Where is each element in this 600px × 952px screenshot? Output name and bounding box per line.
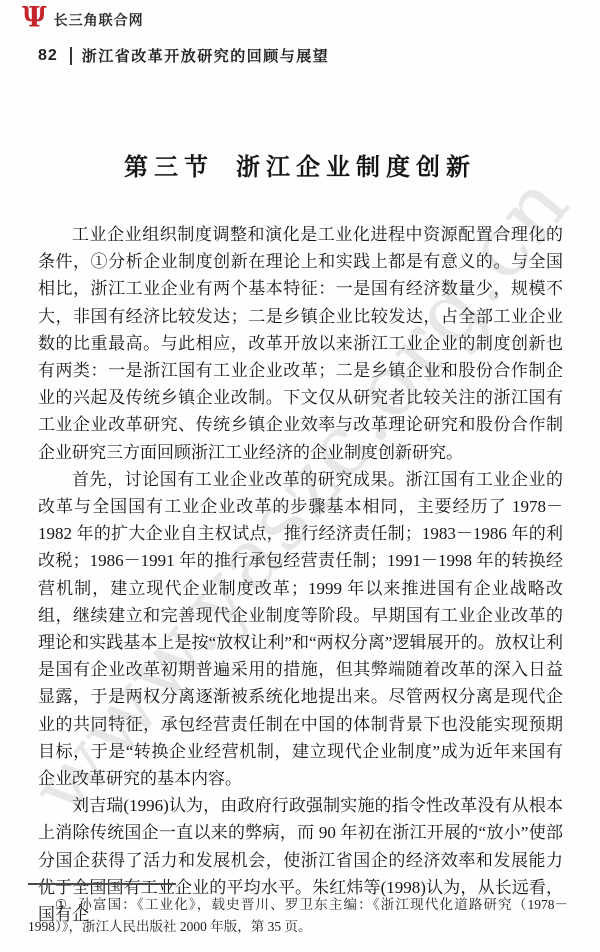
section-label: 第三节	[124, 155, 214, 181]
running-title: 浙江省改革开放研究的回顾与展望	[82, 45, 330, 66]
scanned-book-page: www.yaszc.org.cn Ψ 长三角联合网 82 浙江省改革开放研究的回…	[0, 0, 600, 952]
footnote-block: ①孙富国：《工业化》，载史晋川、罗卫东主编：《浙江现代化道路研究（1978－19…	[28, 883, 568, 938]
footnote-rule	[28, 883, 176, 885]
section-title: 第三节浙江企业制度创新	[0, 147, 600, 182]
paragraph-2: 首先，讨论国有工业企业改革的研究成果。浙江国有工业企业的改革与全国国有工业企业改…	[38, 466, 563, 792]
running-head: 82 浙江省改革开放研究的回顾与展望	[38, 45, 329, 66]
site-name: 长三角联合网	[54, 6, 144, 30]
footnote-marker: ①	[55, 897, 68, 912]
body-text: 工业企业组织制度调整和演化是工业化进程中资源配置合理化的条件，①分析企业制度创新…	[38, 221, 563, 928]
header-divider	[70, 47, 72, 65]
psi-logo-icon: Ψ	[22, 3, 47, 31]
footnote-content: 孙富国：《工业化》，载史晋川、罗卫东主编：《浙江现代化道路研究（1978－199…	[28, 897, 568, 934]
paragraph-1: 工业企业组织制度调整和演化是工业化进程中资源配置合理化的条件，①分析企业制度创新…	[38, 221, 563, 466]
page-number: 82	[38, 47, 58, 65]
section-name: 浙江企业制度创新	[236, 155, 476, 181]
footnote-text: ①孙富国：《工业化》，载史晋川、罗卫东主编：《浙江现代化道路研究（1978－19…	[28, 894, 568, 938]
site-logo: Ψ 长三角联合网	[22, 4, 144, 31]
